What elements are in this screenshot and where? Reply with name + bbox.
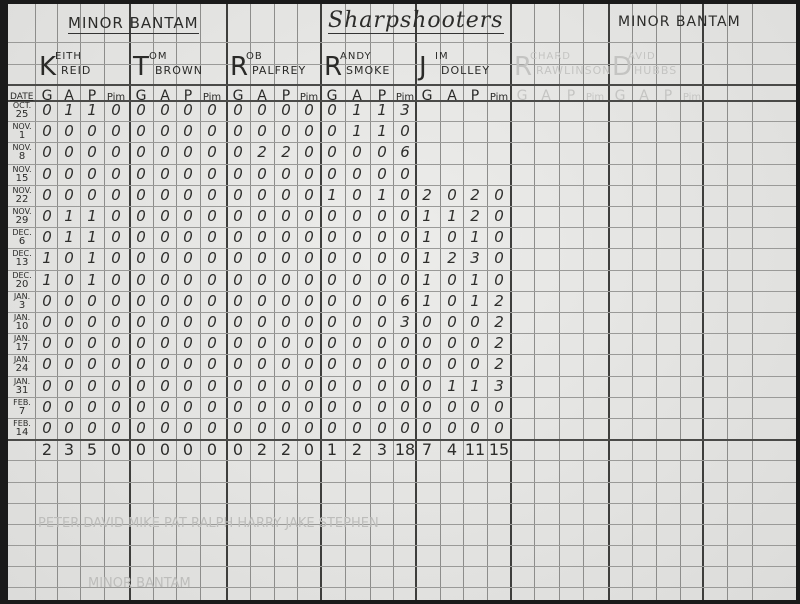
- season-total-cell: 2: [345, 439, 369, 460]
- stat-cell: 0: [104, 270, 128, 291]
- stat-cell: 0: [129, 291, 153, 312]
- date-day: 6: [8, 237, 36, 246]
- stat-cell: 0: [153, 312, 177, 333]
- stat-cell: 0: [250, 333, 274, 354]
- stat-cell: 1: [57, 100, 81, 121]
- stat-cell: 0: [153, 227, 177, 248]
- grid-horizontal-line: [8, 503, 796, 504]
- stat-cell: 1: [463, 291, 487, 312]
- stat-cell: 0: [104, 312, 128, 333]
- stat-cell: 0: [80, 185, 104, 206]
- player-last-name: HUBBS: [634, 64, 677, 77]
- stat-cell: 0: [297, 164, 321, 185]
- stat-cell: 0: [200, 397, 224, 418]
- game-date: JAN.17: [8, 334, 36, 352]
- grid-horizontal-line: [8, 566, 796, 567]
- stat-cell: 0: [345, 142, 369, 163]
- stat-cell: 0: [104, 333, 128, 354]
- stat-cell: 0: [370, 248, 394, 269]
- stat-cell: 0: [415, 312, 439, 333]
- stat-cell: 0: [200, 142, 224, 163]
- stat-cell: 3: [393, 312, 417, 333]
- stat-cell: 1: [80, 270, 104, 291]
- stat-cell: 0: [440, 354, 464, 375]
- stat-cell: 0: [57, 270, 81, 291]
- grid-horizontal-line: [8, 545, 796, 546]
- stat-cell: 3: [463, 248, 487, 269]
- stat-cell: 0: [274, 121, 298, 142]
- stat-cell: 0: [415, 397, 439, 418]
- stat-cell: 0: [57, 142, 81, 163]
- season-total-cell: 0: [200, 439, 224, 460]
- stat-cell: 0: [104, 248, 128, 269]
- stat-cell: 0: [80, 142, 104, 163]
- stat-cell: 0: [393, 227, 417, 248]
- date-day: 8: [8, 152, 36, 161]
- stat-cell: 0: [393, 376, 417, 397]
- stat-cell: [487, 121, 511, 142]
- stat-cell: 0: [370, 418, 394, 439]
- stat-cell: 0: [153, 333, 177, 354]
- stat-cell: 0: [274, 376, 298, 397]
- player-initial: J: [419, 54, 427, 80]
- stat-cell: 0: [129, 354, 153, 375]
- stat-cell: 0: [297, 227, 321, 248]
- faded-stat-header: A: [534, 88, 558, 104]
- stat-cell: 0: [226, 185, 250, 206]
- stat-cell: 1: [345, 121, 369, 142]
- stat-cell: [440, 121, 464, 142]
- date-day: 24: [8, 364, 36, 373]
- stat-cell: 0: [104, 164, 128, 185]
- stat-cell: 1: [415, 248, 439, 269]
- season-total-cell: 0: [176, 439, 200, 460]
- game-date: DEC.13: [8, 249, 36, 267]
- game-date: NOV.8: [8, 143, 36, 161]
- stat-cell: [463, 121, 487, 142]
- season-total-cell: 2: [250, 439, 274, 460]
- stat-cell: 0: [104, 142, 128, 163]
- stat-cell: 0: [176, 418, 200, 439]
- stat-cell: 0: [176, 227, 200, 248]
- stat-cell: 0: [153, 397, 177, 418]
- stat-cell: 0: [57, 185, 81, 206]
- stat-cell: [440, 164, 464, 185]
- stat-cell: 0: [393, 185, 417, 206]
- stat-cell: 0: [200, 164, 224, 185]
- stat-cell: 0: [370, 312, 394, 333]
- stat-cell: 0: [345, 291, 369, 312]
- stat-cell: 0: [297, 206, 321, 227]
- season-total-cell: 0: [104, 439, 128, 460]
- stat-cell: 0: [345, 312, 369, 333]
- stat-cell: 0: [104, 418, 128, 439]
- stat-cell: 0: [80, 397, 104, 418]
- stat-cell: 0: [35, 333, 59, 354]
- season-total-cell: 7: [415, 439, 439, 460]
- stat-cell: 1: [415, 227, 439, 248]
- season-total-cell: 2: [35, 439, 59, 460]
- stat-cell: 0: [35, 142, 59, 163]
- stat-cell: 0: [393, 121, 417, 142]
- game-date: NOV.22: [8, 186, 36, 204]
- stat-cell: 0: [176, 354, 200, 375]
- stat-cell: 0: [153, 164, 177, 185]
- player-last-name: BROWN: [155, 64, 203, 77]
- stat-cell: 0: [440, 291, 464, 312]
- stat-cell: 0: [297, 121, 321, 142]
- stat-cell: 0: [345, 376, 369, 397]
- stat-cell: 0: [297, 376, 321, 397]
- stat-cell: 0: [35, 418, 59, 439]
- team-name-title: Sharpshooters: [328, 8, 504, 34]
- stat-cell: 0: [104, 121, 128, 142]
- stat-cell: 0: [129, 397, 153, 418]
- stat-cell: 0: [297, 142, 321, 163]
- stat-cell: 0: [274, 164, 298, 185]
- player-name-smoke: RANDYSMOKE: [322, 50, 414, 84]
- stat-cell: 2: [250, 142, 274, 163]
- stat-cell: 0: [80, 121, 104, 142]
- stat-cell: 0: [129, 164, 153, 185]
- stat-cell: 0: [200, 291, 224, 312]
- stat-cell: 0: [57, 418, 81, 439]
- stat-cell: 0: [35, 164, 59, 185]
- date-day: 14: [8, 428, 36, 437]
- game-date: DEC.6: [8, 228, 36, 246]
- stat-cell: 0: [104, 354, 128, 375]
- stat-cell: 0: [440, 397, 464, 418]
- stat-cell: 0: [153, 291, 177, 312]
- stat-cell: 0: [274, 397, 298, 418]
- division-title-right: MINOR BANTAM: [618, 14, 741, 30]
- player-initial: T: [133, 54, 149, 80]
- season-total-cell: 5: [80, 439, 104, 460]
- faded-stat-header: P: [559, 88, 583, 104]
- stat-cell: 0: [153, 100, 177, 121]
- stat-cell: 0: [35, 376, 59, 397]
- stat-cell: 0: [226, 227, 250, 248]
- stat-cell: [440, 100, 464, 121]
- stat-cell: 0: [129, 418, 153, 439]
- game-date: JAN.3: [8, 292, 36, 310]
- stat-cell: 0: [440, 270, 464, 291]
- stat-cell: 0: [250, 354, 274, 375]
- stat-cell: 0: [250, 227, 274, 248]
- stat-cell: 0: [200, 227, 224, 248]
- stat-cell: [487, 142, 511, 163]
- stat-cell: 0: [176, 376, 200, 397]
- stat-cell: 2: [415, 185, 439, 206]
- stat-cell: 0: [297, 270, 321, 291]
- player-name-palfrey: ROBPALFREY: [228, 50, 320, 84]
- stat-cell: 0: [370, 376, 394, 397]
- stat-cell: 0: [35, 185, 59, 206]
- stat-cell: 0: [345, 333, 369, 354]
- stat-cell: 0: [297, 333, 321, 354]
- stat-cell: 0: [200, 121, 224, 142]
- stat-cell: 0: [320, 227, 344, 248]
- season-total-cell: 4: [440, 439, 464, 460]
- stat-cell: 0: [393, 333, 417, 354]
- stat-cell: 0: [176, 100, 200, 121]
- stat-cell: 0: [129, 185, 153, 206]
- stat-cell: 0: [129, 227, 153, 248]
- stat-cell: 0: [153, 418, 177, 439]
- player-first-name: IM: [435, 51, 449, 62]
- stat-cell: 0: [345, 354, 369, 375]
- stat-cell: 0: [440, 418, 464, 439]
- stat-cell: 0: [370, 142, 394, 163]
- stat-cell: 0: [226, 206, 250, 227]
- season-total-cell: 18: [393, 439, 417, 460]
- stat-cell: 0: [80, 333, 104, 354]
- player-first-name: AVID: [628, 51, 656, 62]
- stat-cell: 0: [250, 270, 274, 291]
- stat-cell: 0: [200, 418, 224, 439]
- stat-cell: 0: [297, 312, 321, 333]
- stat-cell: 1: [35, 248, 59, 269]
- stat-cell: 0: [226, 121, 250, 142]
- stat-cell: 0: [393, 206, 417, 227]
- stat-cell: 0: [80, 354, 104, 375]
- stat-cell: 0: [370, 206, 394, 227]
- stat-cell: 0: [274, 354, 298, 375]
- stat-cell: [415, 121, 439, 142]
- stat-cell: 0: [320, 418, 344, 439]
- stat-cell: 1: [370, 100, 394, 121]
- stat-cell: 0: [153, 185, 177, 206]
- stat-cell: 0: [129, 312, 153, 333]
- stat-cell: 0: [153, 354, 177, 375]
- stat-cell: 0: [80, 418, 104, 439]
- stat-cell: 0: [297, 248, 321, 269]
- stat-cell: [463, 164, 487, 185]
- player-name-reid: KEITHREID: [37, 50, 129, 84]
- stat-cell: 0: [226, 333, 250, 354]
- stat-cell: 0: [35, 206, 59, 227]
- season-total-cell: 11: [463, 439, 487, 460]
- stat-cell: 0: [415, 354, 439, 375]
- stat-cell: 2: [487, 333, 511, 354]
- stat-cell: 0: [176, 248, 200, 269]
- stat-cell: 0: [226, 312, 250, 333]
- stat-cell: 0: [320, 142, 344, 163]
- stat-cell: 0: [250, 418, 274, 439]
- season-total-cell: 1: [320, 439, 344, 460]
- stat-cell: 0: [345, 418, 369, 439]
- stat-cell: 0: [345, 185, 369, 206]
- stat-cell: 1: [415, 206, 439, 227]
- date-day: 15: [8, 174, 36, 183]
- stat-cell: 1: [440, 376, 464, 397]
- stat-cell: 1: [463, 270, 487, 291]
- stat-cell: 0: [176, 206, 200, 227]
- stat-cell: 0: [200, 270, 224, 291]
- stat-cell: 0: [129, 270, 153, 291]
- stat-cell: 0: [440, 185, 464, 206]
- game-date: DEC.20: [8, 271, 36, 289]
- stat-cell: 0: [274, 248, 298, 269]
- stat-cell: 0: [226, 142, 250, 163]
- stat-cell: 0: [415, 333, 439, 354]
- faded-stat-header: Pim: [583, 92, 607, 103]
- stat-cell: 1: [80, 100, 104, 121]
- stat-cell: 0: [80, 291, 104, 312]
- stat-cell: 0: [129, 100, 153, 121]
- stat-cell: 0: [104, 185, 128, 206]
- stat-cell: 0: [226, 164, 250, 185]
- stat-cell: 0: [320, 248, 344, 269]
- stat-cell: 0: [370, 354, 394, 375]
- stat-cell: 0: [487, 248, 511, 269]
- faded-stat-header: P: [656, 88, 680, 104]
- date-day: 7: [8, 407, 36, 416]
- stat-cell: 0: [297, 354, 321, 375]
- stat-cell: 1: [415, 270, 439, 291]
- stat-cell: 1: [345, 100, 369, 121]
- stat-cell: 0: [129, 248, 153, 269]
- date-day: 31: [8, 386, 36, 395]
- player-first-name: EITH: [55, 51, 82, 62]
- stat-cell: 0: [393, 354, 417, 375]
- player-last-name: SMOKE: [346, 64, 390, 77]
- stat-cell: 0: [80, 376, 104, 397]
- stat-cell: 0: [250, 100, 274, 121]
- stat-cell: 2: [487, 354, 511, 375]
- game-date: NOV.29: [8, 207, 36, 225]
- stat-cell: 0: [320, 291, 344, 312]
- bleed-through-title: MINOR BANTAM: [88, 576, 191, 591]
- stat-cell: 0: [104, 206, 128, 227]
- stat-cell: 0: [200, 376, 224, 397]
- stat-cell: 1: [57, 227, 81, 248]
- faded-player-name: RCHARDRAWLINSON: [512, 50, 604, 84]
- stat-cell: 0: [129, 121, 153, 142]
- player-last-name: RAWLINSON: [536, 64, 611, 77]
- season-total-cell: 0: [129, 439, 153, 460]
- stat-cell: 0: [200, 248, 224, 269]
- stat-cell: 0: [487, 397, 511, 418]
- stat-cell: 6: [393, 291, 417, 312]
- stat-cell: 0: [320, 397, 344, 418]
- stat-cell: 0: [129, 142, 153, 163]
- season-total-cell: 0: [226, 439, 250, 460]
- division-title-left: MINOR BANTAM: [68, 14, 199, 34]
- stat-cell: [463, 142, 487, 163]
- stat-cell: 0: [176, 312, 200, 333]
- stat-cell: 0: [320, 376, 344, 397]
- stat-cell: 1: [80, 206, 104, 227]
- stat-cell: 0: [226, 100, 250, 121]
- stat-cell: 0: [370, 291, 394, 312]
- stat-cell: [487, 100, 511, 121]
- stat-cell: 0: [153, 142, 177, 163]
- stat-cell: 0: [393, 397, 417, 418]
- stat-cell: 1: [57, 206, 81, 227]
- stat-cell: 0: [345, 164, 369, 185]
- stat-cell: 0: [35, 100, 59, 121]
- stat-cell: 0: [393, 418, 417, 439]
- stat-cell: 0: [320, 333, 344, 354]
- stat-cell: 0: [274, 227, 298, 248]
- stat-cell: 0: [226, 270, 250, 291]
- stat-cell: 0: [35, 397, 59, 418]
- stat-cell: 0: [57, 354, 81, 375]
- stat-cell: 0: [250, 291, 274, 312]
- stat-cell: 0: [104, 100, 128, 121]
- stat-cell: [440, 142, 464, 163]
- stat-cell: 0: [345, 270, 369, 291]
- game-date: FEB.14: [8, 419, 36, 437]
- stat-cell: 0: [463, 418, 487, 439]
- stat-cell: 0: [250, 397, 274, 418]
- date-day: 10: [8, 322, 36, 331]
- stat-cell: [415, 142, 439, 163]
- stat-cell: 0: [176, 291, 200, 312]
- stat-cell: 0: [250, 185, 274, 206]
- grid-horizontal-line: [8, 482, 796, 483]
- stat-cell: [415, 164, 439, 185]
- stat-cell: 0: [153, 206, 177, 227]
- stat-cell: 1: [463, 227, 487, 248]
- player-last-name: PALFREY: [252, 64, 306, 77]
- stat-cell: 0: [487, 185, 511, 206]
- stat-cell: 0: [57, 291, 81, 312]
- stat-cell: 0: [200, 354, 224, 375]
- game-date: NOV.15: [8, 165, 36, 183]
- date-day: 22: [8, 195, 36, 204]
- player-first-name: CHARD: [530, 51, 571, 62]
- stat-cell: 0: [274, 312, 298, 333]
- stat-cell: 0: [440, 333, 464, 354]
- stat-cell: 0: [104, 291, 128, 312]
- stat-cell: 1: [370, 121, 394, 142]
- stat-cell: 0: [370, 333, 394, 354]
- stat-cell: 0: [35, 312, 59, 333]
- stat-cell: 0: [176, 121, 200, 142]
- stat-cell: 0: [226, 354, 250, 375]
- stat-cell: 0: [226, 291, 250, 312]
- stat-cell: 0: [320, 354, 344, 375]
- stat-cell: [487, 164, 511, 185]
- stat-cell: 3: [487, 376, 511, 397]
- stat-cell: 0: [274, 206, 298, 227]
- stat-cell: 0: [176, 142, 200, 163]
- grid-horizontal-line: [8, 460, 796, 461]
- stat-cell: 0: [463, 312, 487, 333]
- stat-cell: 0: [440, 227, 464, 248]
- grid-vertical-line: [727, 4, 728, 600]
- stat-cell: 0: [393, 270, 417, 291]
- stat-cell: 0: [176, 270, 200, 291]
- date-day: 25: [8, 110, 36, 119]
- stat-cell: 0: [463, 354, 487, 375]
- date-day: 3: [8, 301, 36, 310]
- stat-cell: 0: [226, 376, 250, 397]
- stat-cell: 0: [274, 185, 298, 206]
- stat-cell: 0: [200, 100, 224, 121]
- stat-cell: 0: [250, 121, 274, 142]
- stat-cell: 0: [297, 185, 321, 206]
- stat-cell: 0: [370, 270, 394, 291]
- date-day: 29: [8, 216, 36, 225]
- stat-cell: 1: [35, 270, 59, 291]
- stat-cell: 0: [440, 312, 464, 333]
- stat-cell: 0: [345, 248, 369, 269]
- stat-cell: 1: [463, 376, 487, 397]
- stat-cell: 1: [80, 248, 104, 269]
